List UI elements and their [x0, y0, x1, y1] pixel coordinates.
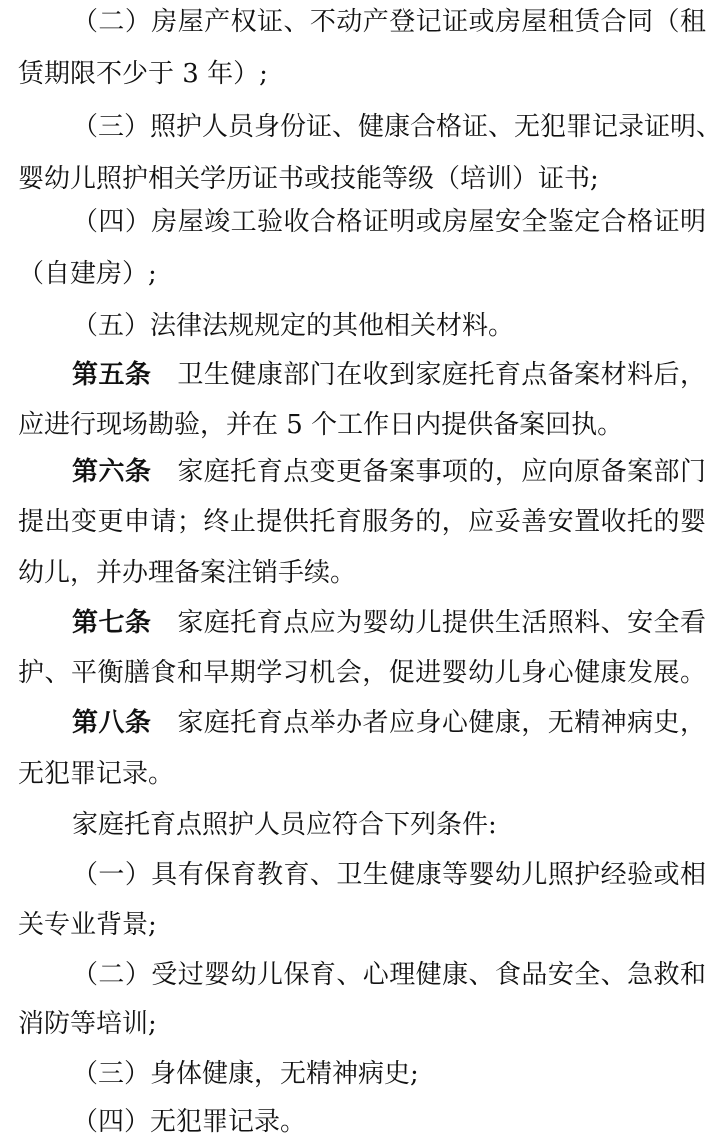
article-8-heading: 第八条 [72, 708, 151, 738]
article-6-text: 家庭托育点变更备案事项的，应向原备案部门 [177, 457, 706, 487]
article-5-heading: 第五条 [72, 360, 151, 390]
article-7-text: 家庭托育点应为婴幼儿提供生活照料、安全看 [177, 608, 706, 638]
list-item-3-line-1: （三）照护人员身份证、健康合格证、无犯罪记录证明、 [72, 107, 706, 147]
list-item-2-line-1: （二）房屋产权证、不动产登记证或房屋租赁合同（租 [72, 2, 706, 42]
condition-3: （三）身体健康，无精神病史; [72, 1054, 706, 1094]
article-8-text: 家庭托育点举办者应身心健康，无精神病史， [177, 708, 706, 738]
article-7-line-2: 护、平衡膳食和早期学习机会，促进婴幼儿身心健康发展。 [18, 653, 706, 693]
condition-4: （四）无犯罪记录。 [72, 1102, 706, 1141]
article-8-line-1: 第八条家庭托育点举办者应身心健康，无精神病史， [72, 703, 706, 743]
article-8-line-2: 无犯罪记录。 [18, 754, 706, 794]
list-item-4-line-1: （四）房屋竣工验收合格证明或房屋安全鉴定合格证明 [72, 202, 706, 242]
article-6-line-2: 提出变更申请；终止提供托育服务的，应妥善安置收托的婴 [18, 502, 706, 542]
article-5-line-2: 应进行现场勘验，并在 5 个工作日内提供备案回执。 [18, 405, 706, 445]
condition-1-line-2: 关专业背景; [18, 905, 706, 945]
condition-1-line-1: （一）具有保育教育、卫生健康等婴幼儿照护经验或相 [72, 855, 706, 895]
list-item-5: （五）法律法规规定的其他相关材料。 [72, 306, 706, 346]
article-7-line-1: 第七条家庭托育点应为婴幼儿提供生活照料、安全看 [72, 603, 706, 643]
condition-2-line-1: （二）受过婴幼儿保育、心理健康、食品安全、急救和 [72, 955, 706, 995]
condition-2-line-2: 消防等培训; [18, 1004, 706, 1044]
list-item-2-line-2: 赁期限不少于 3 年）; [18, 54, 706, 94]
caregiver-conditions-intro: 家庭托育点照护人员应符合下列条件: [72, 805, 706, 845]
article-6-line-3: 幼儿，并办理备案注销手续。 [18, 553, 706, 593]
article-7-heading: 第七条 [72, 608, 151, 638]
article-5-text: 卫生健康部门在收到家庭托育点备案材料后， [177, 360, 706, 390]
article-6-heading: 第六条 [72, 457, 151, 487]
article-5-line-1: 第五条卫生健康部门在收到家庭托育点备案材料后， [72, 355, 706, 395]
list-item-4-line-2: （自建房）; [18, 254, 706, 294]
list-item-3-line-2: 婴幼儿照护相关学历证书或技能等级（培训）证书; [18, 159, 706, 199]
article-6-line-1: 第六条家庭托育点变更备案事项的，应向原备案部门 [72, 452, 706, 492]
document-page: （二）房屋产权证、不动产登记证或房屋租赁合同（租 赁期限不少于 3 年）; （三… [0, 0, 720, 1141]
